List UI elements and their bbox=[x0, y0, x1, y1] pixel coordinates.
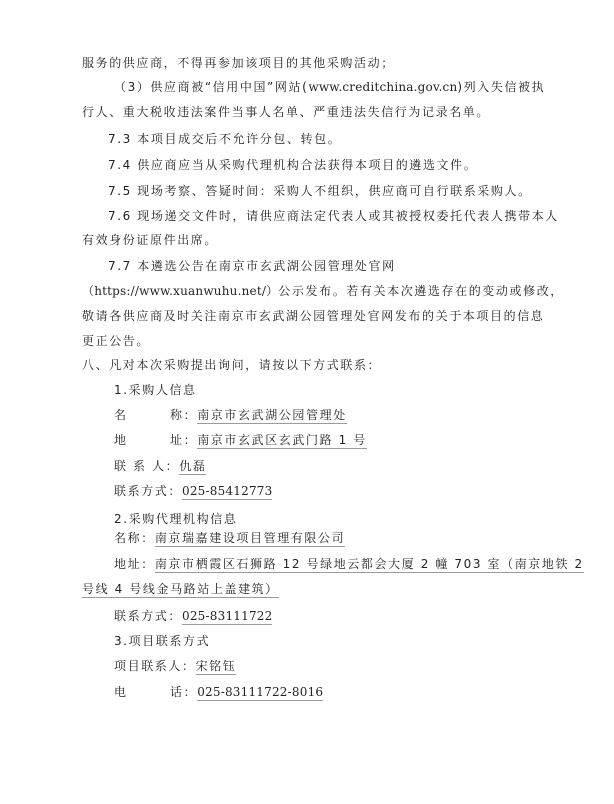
field-label: 名称： bbox=[114, 531, 155, 545]
text-line: 公示发布。若有关本次遴选存在的变动或修改， bbox=[278, 284, 564, 298]
field-label: 地 bbox=[114, 432, 170, 448]
subsection-title: 3.项目联系方式 bbox=[114, 634, 210, 648]
field-label: 话： bbox=[170, 685, 197, 699]
clause-7-7: 7.7 本遴选公告在南京市玄武湖公园管理处官网 bbox=[108, 258, 396, 274]
agency-name-row: 名称：南京瑞嘉建设项目管理有限公司 bbox=[114, 530, 345, 546]
clause-7-7-continuation: 敬请各供应商及时关注南京市玄武湖公园管理处官网发布的关于本项目的信息 bbox=[82, 308, 544, 324]
paragraph-continuation: 服务的供应商，不得再参加该项目的其他采购活动； bbox=[82, 55, 395, 71]
subsection-title: 1.采购人信息 bbox=[114, 383, 197, 397]
project-phone-row: 电话：025-83111722-8016 bbox=[114, 684, 323, 700]
clause-7-3: 7.3 本项目成交后不允许分包、转包。 bbox=[108, 131, 341, 147]
text-line: 7.4 供应商应当从采购代理机构合法获得本项目的遴选文件。 bbox=[108, 158, 477, 172]
text-line: 有效身份证原件出席。 bbox=[82, 233, 218, 247]
text-line: 服务的供应商，不得再参加该项目的其他采购活动； bbox=[82, 56, 395, 70]
field-label: 联系方式： bbox=[114, 609, 182, 623]
field-label: 地址： bbox=[114, 557, 155, 571]
clause-7-5: 7.5 现场考察、答疑时间：采购人不组织，供应商可自行联系采购人。 bbox=[108, 183, 532, 199]
xuanwuhu-url: （https://www.xuanwuhu.net/） bbox=[82, 284, 278, 298]
text-line: 行人、重大税收违法案件当事人名单、严重违法失信行为记录名单。 bbox=[82, 105, 490, 119]
agency-address-value: 南京市栖霞区石狮路 12 号绿地云都会大厦 2 幢 703 室（南京地铁 2 bbox=[155, 557, 584, 573]
clause-7-4: 7.4 供应商应当从采购代理机构合法获得本项目的遴选文件。 bbox=[108, 157, 477, 173]
subsection-title: 2.采购代理机构信息 bbox=[114, 512, 237, 526]
project-contact-value: 宋铭钰 bbox=[196, 659, 237, 675]
text-line: 更正公告。 bbox=[82, 334, 150, 348]
field-label: 址： bbox=[170, 433, 197, 447]
field-label: 联 系 人： bbox=[114, 459, 179, 473]
text-line: 7.6 现场递交文件时，请供应商法定代表人或其被授权委托代表人携带本人 bbox=[108, 209, 559, 223]
purchaser-address-value: 南京市玄武区玄武门路 1 号 bbox=[197, 433, 367, 449]
text-line: 敬请各供应商及时关注南京市玄武湖公园管理处官网发布的关于本项目的信息 bbox=[82, 309, 544, 323]
text-line: 7.3 本项目成交后不允许分包、转包。 bbox=[108, 132, 341, 146]
field-label: 电 bbox=[114, 684, 170, 700]
field-label: 称： bbox=[170, 408, 197, 422]
text-line: 7.7 本遴选公告在南京市玄武湖公园管理处官网 bbox=[108, 259, 396, 273]
agency-address-value: 号线 4 号线金马路站上盖建筑） bbox=[82, 582, 279, 598]
purchaser-phone-row: 联系方式：025-85412773 bbox=[114, 483, 272, 499]
purchaser-address-row: 地址：南京市玄武区玄武门路 1 号 bbox=[114, 432, 367, 448]
field-label: 名 bbox=[114, 407, 170, 423]
text-line: )列入失信被执 bbox=[457, 80, 545, 94]
purchaser-title: 1.采购人信息 bbox=[114, 382, 197, 398]
text-line: （3）供应商被“信用中国”网站( bbox=[114, 80, 308, 94]
field-label: 联系方式： bbox=[114, 484, 182, 498]
clause-7-7-url-line: （https://www.xuanwuhu.net/）公示发布。若有关本次遴选存… bbox=[82, 283, 564, 299]
agency-phone-row: 联系方式：025-83111722 bbox=[114, 608, 272, 624]
agency-title: 2.采购代理机构信息 bbox=[114, 511, 237, 527]
agency-name-value: 南京瑞嘉建设项目管理有限公司 bbox=[155, 531, 345, 547]
project-contact-row: 项目联系人：宋铭钰 bbox=[114, 658, 236, 674]
purchaser-phone-value: 025-85412773 bbox=[182, 484, 272, 500]
clause-7-7-end: 更正公告。 bbox=[82, 333, 150, 349]
section-heading: 八、凡对本次采购提出询问，请按以下方式联系： bbox=[82, 358, 381, 372]
clause-3: （3）供应商被“信用中国”网站(www.creditchina.gov.cn)列… bbox=[114, 79, 545, 95]
project-contact-title: 3.项目联系方式 bbox=[114, 633, 210, 649]
text-line: 7.5 现场考察、答疑时间：采购人不组织，供应商可自行联系采购人。 bbox=[108, 184, 532, 198]
agency-address-continuation: 号线 4 号线金马路站上盖建筑） bbox=[82, 581, 279, 597]
agency-address-row: 地址：南京市栖霞区石狮路 12 号绿地云都会大厦 2 幢 703 室（南京地铁 … bbox=[114, 556, 584, 572]
purchaser-contact-row: 联 系 人：仇磊 bbox=[114, 458, 206, 474]
purchaser-name-value: 南京市玄武湖公园管理处 bbox=[197, 408, 347, 424]
purchaser-contact-value: 仇磊 bbox=[179, 459, 206, 475]
clause-7-6-continuation: 有效身份证原件出席。 bbox=[82, 232, 218, 248]
field-label: 项目联系人： bbox=[114, 659, 196, 673]
creditchina-url: www.creditchina.gov.cn bbox=[308, 80, 457, 94]
section-8-heading: 八、凡对本次采购提出询问，请按以下方式联系： bbox=[82, 357, 381, 373]
project-phone-value: 025-83111722-8016 bbox=[197, 685, 323, 701]
clause-3-continuation: 行人、重大税收违法案件当事人名单、严重违法失信行为记录名单。 bbox=[82, 104, 490, 120]
clause-7-6: 7.6 现场递交文件时，请供应商法定代表人或其被授权委托代表人携带本人 bbox=[108, 208, 559, 224]
purchaser-name-row: 名称：南京市玄武湖公园管理处 bbox=[114, 407, 347, 423]
agency-phone-value: 025-83111722 bbox=[182, 609, 272, 625]
